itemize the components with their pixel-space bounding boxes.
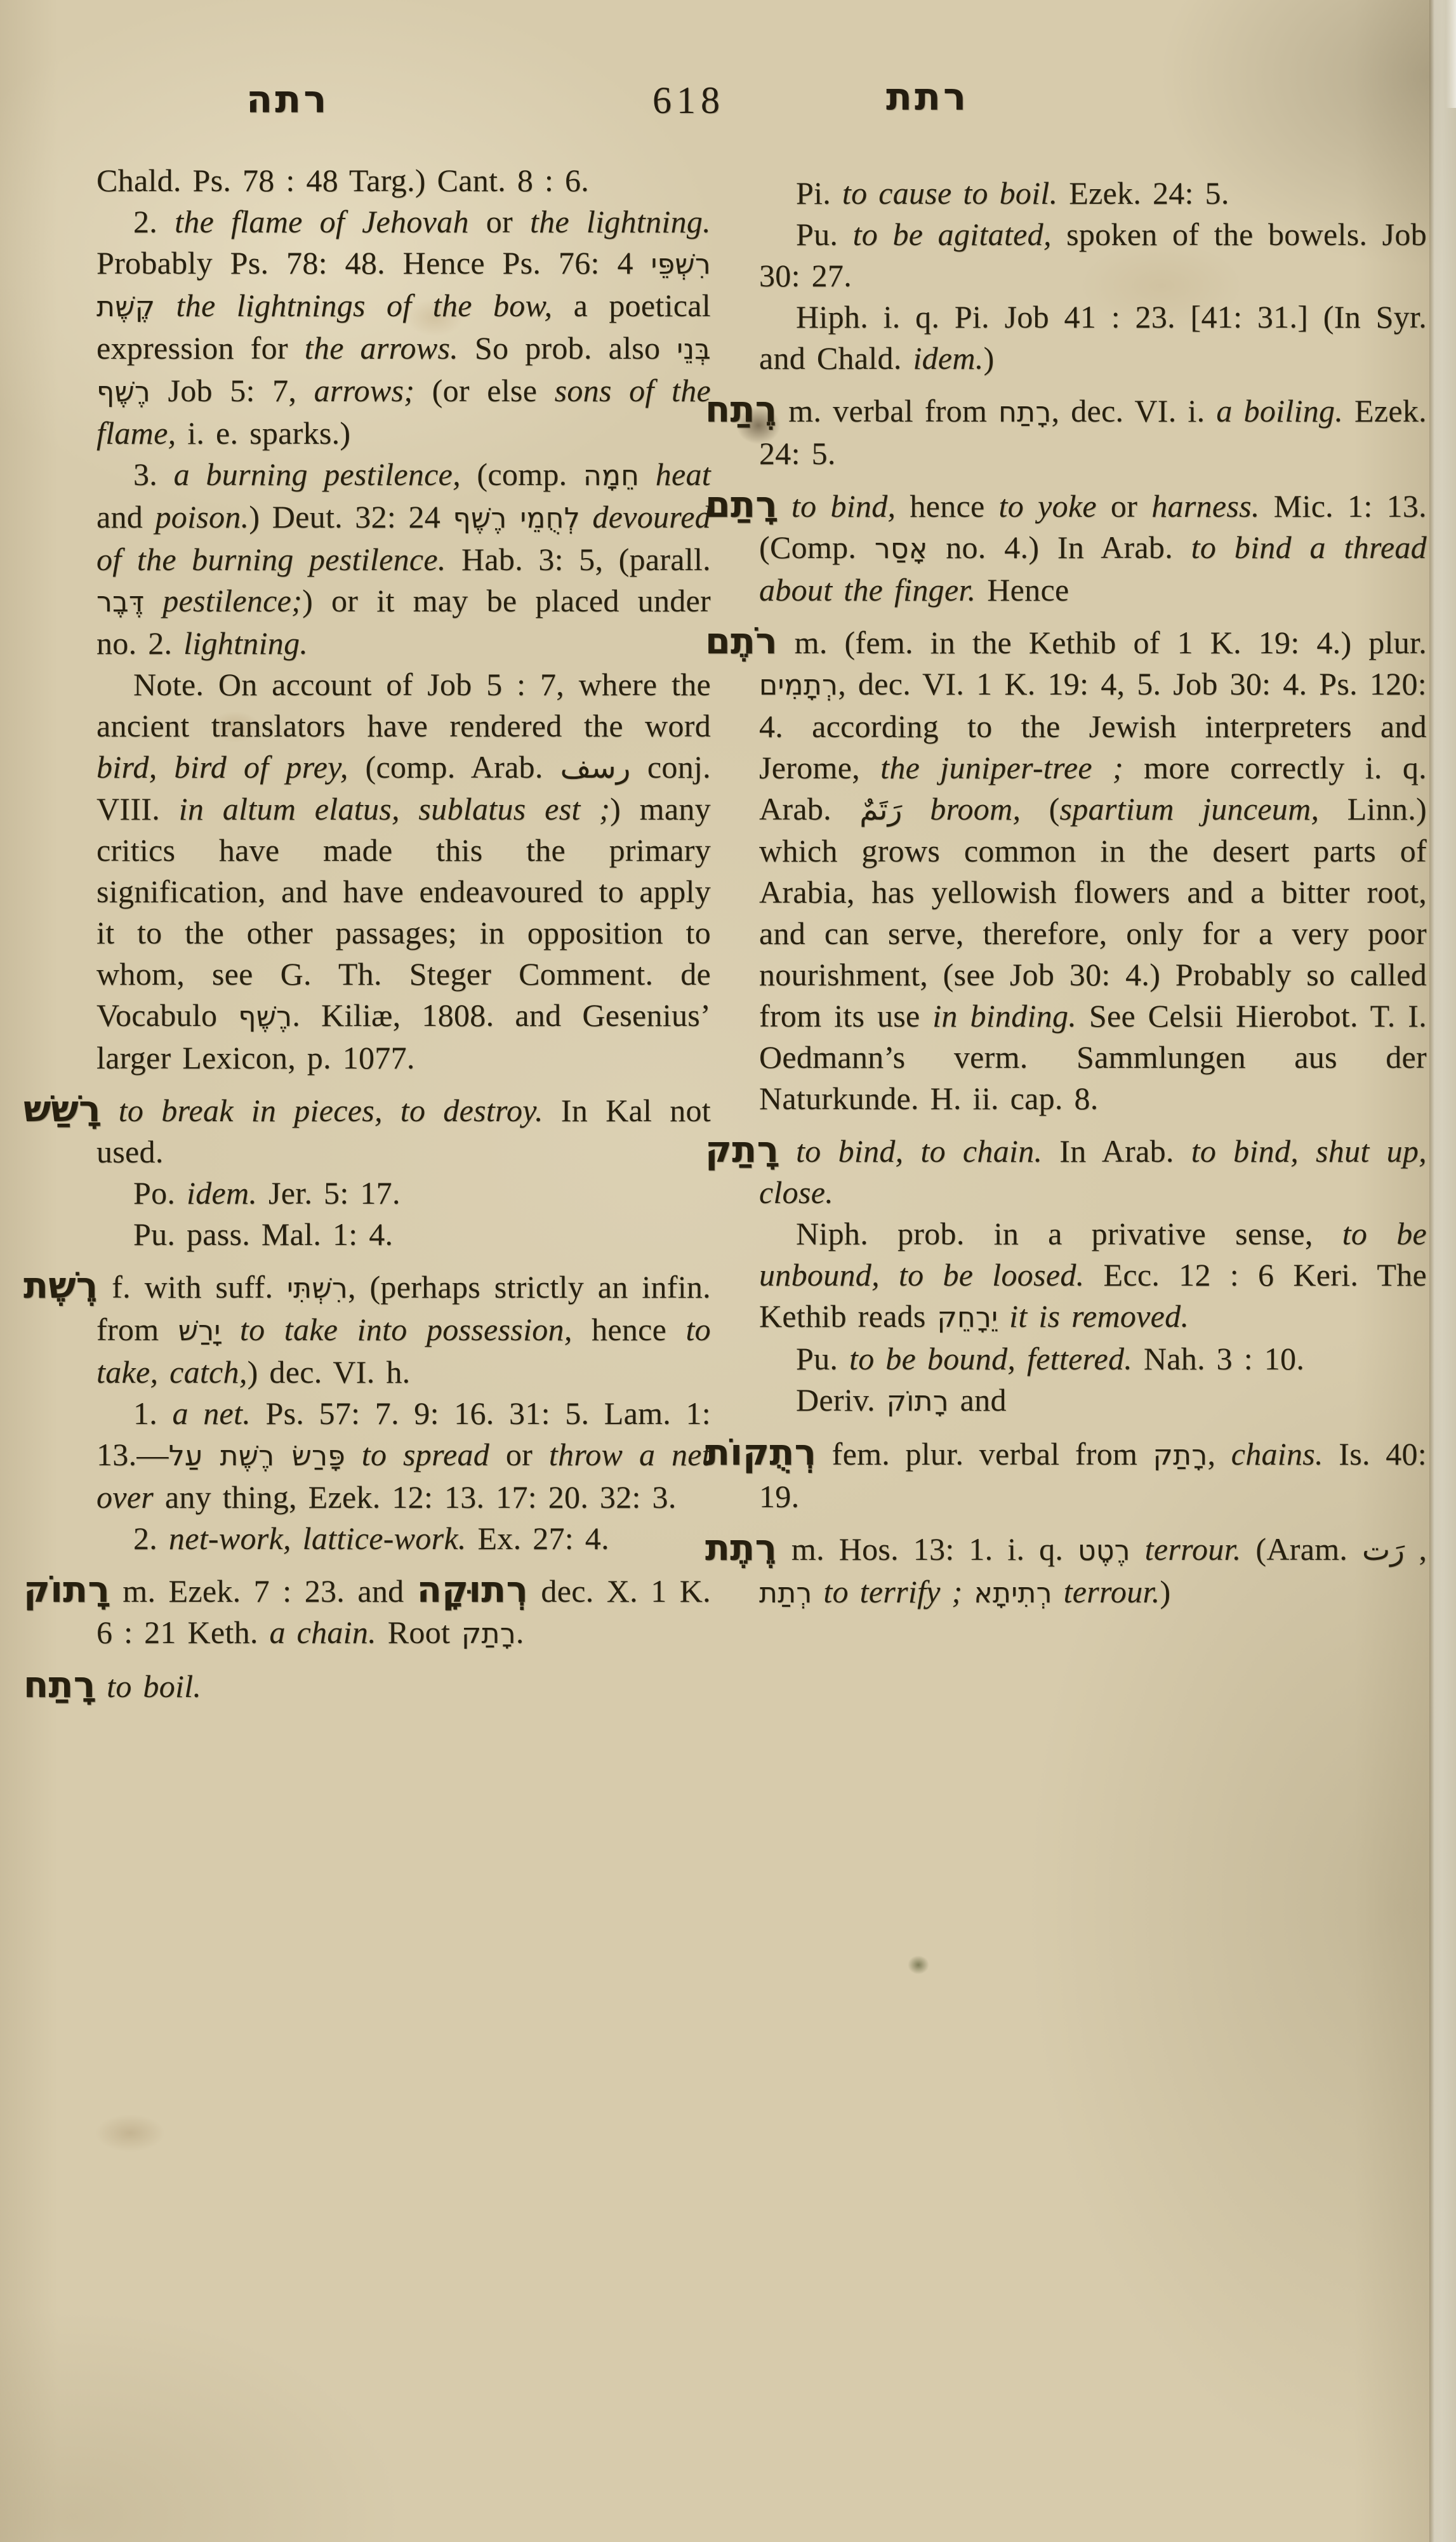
italic-text: spartium junceum, xyxy=(1060,791,1320,827)
paragraph: 1. a net. Ps. 57: 7. 9: 16. 31: 5. Lam. … xyxy=(96,1393,711,1518)
italic-text: it is removed. xyxy=(1009,1298,1189,1334)
hebrew-headword: רֶתֶת xyxy=(705,1527,777,1569)
dictionary-entry: רְתֻקוֹת fem. plur. verbal from רָתַק, c… xyxy=(759,1432,1427,1517)
dictionary-entry: רָשַׁשׁ to break in pieces, to destroy. … xyxy=(96,1089,711,1173)
italic-text: to be bound, fettered. xyxy=(849,1341,1132,1376)
text-run xyxy=(155,288,176,323)
italic-text: poison. xyxy=(155,499,249,535)
text-run: or xyxy=(469,204,530,239)
text-run: Note. On account of Job 5 : 7, where the… xyxy=(96,667,711,743)
text-run: hence xyxy=(896,488,998,524)
paragraph: Hiph. i. q. Pi. Job 41 : 23. [41: 31.] (… xyxy=(759,296,1427,379)
text-run: Hence xyxy=(976,572,1069,608)
hebrew-headword: רָתַם xyxy=(705,484,778,526)
paragraph: Po. idem. Jer. 5: 17. xyxy=(96,1173,711,1214)
text-run: 1. xyxy=(133,1395,173,1431)
text-run: m. Ezek. 7 : 23. and xyxy=(110,1573,417,1609)
text-run: any thing, Ezek. 12: 13. 17: 20. 32: 3. xyxy=(154,1479,677,1515)
hebrew-word: אָסַר xyxy=(875,533,928,565)
text-run: or xyxy=(1097,488,1151,524)
italic-text: the juniper-tree ; xyxy=(880,750,1123,785)
italic-text: to break in pieces, to destroy. xyxy=(119,1093,543,1128)
italic-text: a boiling. xyxy=(1216,393,1343,429)
text-run: Niph. prob. in a privative sense, xyxy=(796,1216,1342,1251)
italic-text: to yoke xyxy=(999,488,1097,524)
text-run: Po. xyxy=(133,1175,187,1211)
italic-text: net-work, lattice-work. xyxy=(169,1521,467,1556)
paragraph: Chald. Ps. 78 : 48 Targ.) Cant. 8 : 6. xyxy=(96,160,711,201)
italic-text: to take into possession, xyxy=(240,1312,572,1347)
italic-text: arrows; xyxy=(314,373,415,408)
text-run: 3. xyxy=(133,456,174,492)
hebrew-word: יָרַשׁ xyxy=(178,1315,221,1347)
text-run: In Arab. xyxy=(1042,1133,1191,1169)
page-edge-shadow xyxy=(1429,0,1456,2542)
text-run: Pu. xyxy=(796,216,853,252)
hebrew-word: רְתִיתָא xyxy=(974,1577,1052,1609)
text-run xyxy=(998,1298,1009,1334)
italic-text: heat xyxy=(656,456,711,492)
left-column: Chald. Ps. 78 : 48 Targ.) Cant. 8 : 6.2.… xyxy=(96,160,711,1707)
paragraph: 3. a burning pestilence, (comp. חֵמָה he… xyxy=(96,454,711,664)
hebrew-word: חֵמָה xyxy=(583,460,639,492)
text-run xyxy=(580,499,592,535)
text-run xyxy=(1052,1574,1064,1609)
text-run xyxy=(902,791,930,827)
text-run: ) xyxy=(984,340,995,376)
text-run: Linn.) which grows common in the desert … xyxy=(759,791,1427,1034)
italic-text: lightning. xyxy=(183,625,308,661)
italic-text: idem. xyxy=(187,1175,257,1211)
arabic-word: رسف xyxy=(560,750,631,785)
text-run xyxy=(345,1437,362,1472)
text-run xyxy=(779,1133,796,1169)
text-run: no. 4.) In Arab. xyxy=(928,529,1191,565)
text-run xyxy=(963,1574,974,1609)
text-run: Ezek. 24: 5. xyxy=(1057,175,1229,211)
italic-text: to bind, xyxy=(791,488,896,524)
hebrew-word: פָּרַשׂ רֶשֶׁת עַל xyxy=(169,1440,345,1472)
text-run: m. Hos. 13: 1. i. q. xyxy=(777,1531,1078,1567)
page-number: 618 xyxy=(652,79,725,123)
paragraph: Pu. to be bound, fettered. Nah. 3 : 10. xyxy=(759,1338,1427,1380)
right-column: Pi. to cause to boil. Ezek. 24: 5.Pu. to… xyxy=(759,173,1427,1614)
dictionary-entry: רָתַח to boil. xyxy=(96,1665,711,1707)
text-run xyxy=(812,1574,824,1609)
text-run: (or else xyxy=(414,373,554,408)
italic-text: to cause to boil. xyxy=(842,175,1058,211)
hebrew-word: יֵרָחֵק xyxy=(937,1301,998,1334)
dictionary-entry: רֶתֶת m. Hos. 13: 1. i. q. רֶטֶט terrour… xyxy=(759,1527,1427,1614)
text-run: f. with suff. xyxy=(98,1269,287,1305)
text-run: ) many critics have made this the primar… xyxy=(96,791,711,1033)
text-run: (comp. xyxy=(461,456,583,492)
scanned-lexicon-page: רתה 618 רתת Chald. Ps. 78 : 48 Targ.) Ca… xyxy=(0,0,1456,2542)
text-run: ( xyxy=(1021,791,1059,827)
paper-stain xyxy=(95,2114,165,2152)
running-header: רתה 618 רתת xyxy=(0,0,1456,152)
text-run: Hab. 3: 5, (parall. xyxy=(446,542,711,577)
dictionary-entry: רָתַם to bind, hence to yoke or harness.… xyxy=(759,484,1427,611)
text-run: , xyxy=(1405,1531,1427,1567)
text-run: and xyxy=(96,499,155,535)
italic-text: to boil. xyxy=(107,1668,201,1704)
hebrew-word: רְתָמִים xyxy=(759,669,838,702)
hebrew-headword: רְתוּקָה xyxy=(417,1569,528,1611)
italic-text: the lightnings of the bow, xyxy=(176,288,552,323)
paragraph: 2. net-work, lattice-work. Ex. 27: 4. xyxy=(96,1518,711,1559)
arabic-word: رَتَمٌ xyxy=(859,792,902,827)
italic-text: a chain. xyxy=(269,1614,376,1650)
text-run: i. e. sparks.) xyxy=(176,415,350,451)
text-run: m. (fem. in the Kethib of 1 K. 19: 4.) p… xyxy=(778,625,1427,660)
italic-text: pestilence; xyxy=(162,583,302,618)
hebrew-word: רָתוֹק xyxy=(887,1385,949,1418)
text-run: and xyxy=(949,1382,1007,1418)
hebrew-headword: רֶתַח xyxy=(705,389,777,430)
text-run: . xyxy=(516,1614,524,1650)
paragraph: Deriv. רָתוֹק and xyxy=(759,1380,1427,1422)
text-run: Ex. 27: 4. xyxy=(467,1521,609,1556)
italic-text: idem. xyxy=(913,340,983,376)
paragraph: Pi. to cause to boil. Ezek. 24: 5. xyxy=(759,173,1427,214)
hebrew-word: רְתַת xyxy=(759,1577,812,1609)
text-run: Chald. Ps. 78 : 48 Targ.) Cant. 8 : 6. xyxy=(96,163,589,198)
italic-text: chains. xyxy=(1231,1436,1323,1472)
text-run: ) xyxy=(1160,1574,1171,1609)
text-run: 2. xyxy=(133,1521,169,1556)
text-run xyxy=(101,1093,119,1128)
hebrew-headword: רָתוֹק xyxy=(23,1569,110,1611)
text-run: hence xyxy=(572,1312,686,1347)
hebrew-word: רֶטֶט xyxy=(1078,1534,1130,1567)
text-run: m. verbal from xyxy=(777,393,998,429)
italic-text: bird, bird of prey, xyxy=(96,749,348,785)
hebrew-word: רָתַק xyxy=(461,1618,516,1650)
text-run xyxy=(639,456,655,492)
hebrew-headword: רְתֻקוֹת xyxy=(705,1432,816,1474)
text-run xyxy=(95,1668,107,1704)
text-run: or xyxy=(489,1437,549,1472)
italic-text: to spread xyxy=(362,1437,489,1472)
hebrew-word: רָתַח xyxy=(998,396,1051,429)
hebrew-word: רֶשֶׁף xyxy=(238,1001,292,1033)
hebrew-headword: רֹתֶם xyxy=(705,620,778,662)
hebrew-word: לְחֻמֵי רֶשֶׁף xyxy=(453,502,580,535)
italic-text: terrour. xyxy=(1145,1531,1241,1567)
text-run xyxy=(1130,1531,1145,1567)
text-run: (Aram. xyxy=(1241,1531,1362,1567)
text-run: Root xyxy=(376,1614,461,1650)
text-run: Pu. pass. Mal. 1: 4. xyxy=(133,1216,393,1252)
hebrew-word: דֶּבֶר xyxy=(96,586,144,618)
hebrew-headword: רָתַק xyxy=(705,1129,779,1171)
hebrew-headword: רָתַח xyxy=(23,1664,95,1706)
text-run: Nah. 3 : 10. xyxy=(1132,1341,1304,1376)
italic-text: the lightning. xyxy=(530,204,711,239)
text-run xyxy=(221,1312,240,1347)
text-run: , xyxy=(1208,1436,1231,1472)
dictionary-entry: רֶתַח m. verbal from רָתַח, dec. VI. i. … xyxy=(759,389,1427,474)
paragraph: Note. On account of Job 5 : 7, where the… xyxy=(96,664,711,1079)
italic-text: broom, xyxy=(930,791,1021,827)
text-run: (comp. Arab. xyxy=(348,749,560,785)
hebrew-word: רָתַק xyxy=(1153,1439,1208,1472)
text-run: fem. plur. verbal from xyxy=(816,1436,1153,1472)
italic-text: a burning pestilence, xyxy=(174,456,461,492)
text-run: ) dec. VI. h. xyxy=(248,1354,411,1390)
text-run: Jer. 5: 17. xyxy=(257,1175,400,1211)
dictionary-entry: רֹתֶם m. (fem. in the Kethib of 1 K. 19:… xyxy=(759,621,1427,1119)
text-run: Pi. xyxy=(796,175,842,211)
paragraph: 2. the flame of Jehovah or the lightning… xyxy=(96,201,711,454)
italic-text: to terrify ; xyxy=(823,1574,962,1609)
paragraph: Pu. pass. Mal. 1: 4. xyxy=(96,1214,711,1255)
dictionary-entry: רָתַק to bind, to chain. In Arab. to bin… xyxy=(759,1129,1427,1213)
text-run: Pu. xyxy=(796,1341,849,1376)
arabic-word: رَت xyxy=(1362,1533,1405,1567)
dictionary-entry: רָתוֹק m. Ezek. 7 : 23. and רְתוּקָה dec… xyxy=(96,1569,711,1654)
italic-text: the arrows. xyxy=(305,330,458,366)
italic-text: harness. xyxy=(1151,488,1259,524)
italic-text: to bind, to chain. xyxy=(796,1133,1042,1169)
hebrew-word: רִשְׁתִּי xyxy=(287,1272,348,1305)
text-run: 2. xyxy=(133,204,175,239)
paragraph: Niph. prob. in a privative sense, to be … xyxy=(759,1213,1427,1338)
text-run xyxy=(778,488,791,524)
text-run: Deriv. xyxy=(796,1382,887,1418)
italic-text: terrour. xyxy=(1064,1574,1160,1609)
text-run: Probably Ps. 78: 48. Hence Ps. 76: 4 xyxy=(96,245,651,281)
text-run: Job 5: 7, xyxy=(150,373,314,408)
hebrew-headword: רָשַׁשׁ xyxy=(23,1088,101,1130)
paragraph: Pu. to be agitated, spoken of the bowels… xyxy=(759,214,1427,296)
text-run: So prob. also xyxy=(458,330,677,366)
dictionary-entry: רֶשֶׁת f. with suff. רִשְׁתִּי, (perhaps… xyxy=(96,1265,711,1393)
paper-stain xyxy=(908,1955,929,1974)
text-run: Hiph. i. q. Pi. Job 41 : 23. [41: 31.] (… xyxy=(759,299,1427,376)
text-run: ) Deut. 32: 24 xyxy=(249,499,453,535)
hebrew-headword: רֶשֶׁת xyxy=(23,1265,98,1307)
italic-text: the flame of Jehovah xyxy=(175,204,469,239)
text-run xyxy=(144,583,162,618)
text-run: , dec. VI. i. xyxy=(1052,393,1217,429)
header-keyword-right: רתת xyxy=(886,75,969,119)
italic-text: to be agitated, xyxy=(853,216,1052,252)
italic-text: in altum elatus, sublatus est ; xyxy=(179,791,610,827)
italic-text: a net. xyxy=(173,1395,251,1431)
header-keyword-left: רתה xyxy=(246,77,329,122)
italic-text: in binding. xyxy=(932,998,1076,1034)
